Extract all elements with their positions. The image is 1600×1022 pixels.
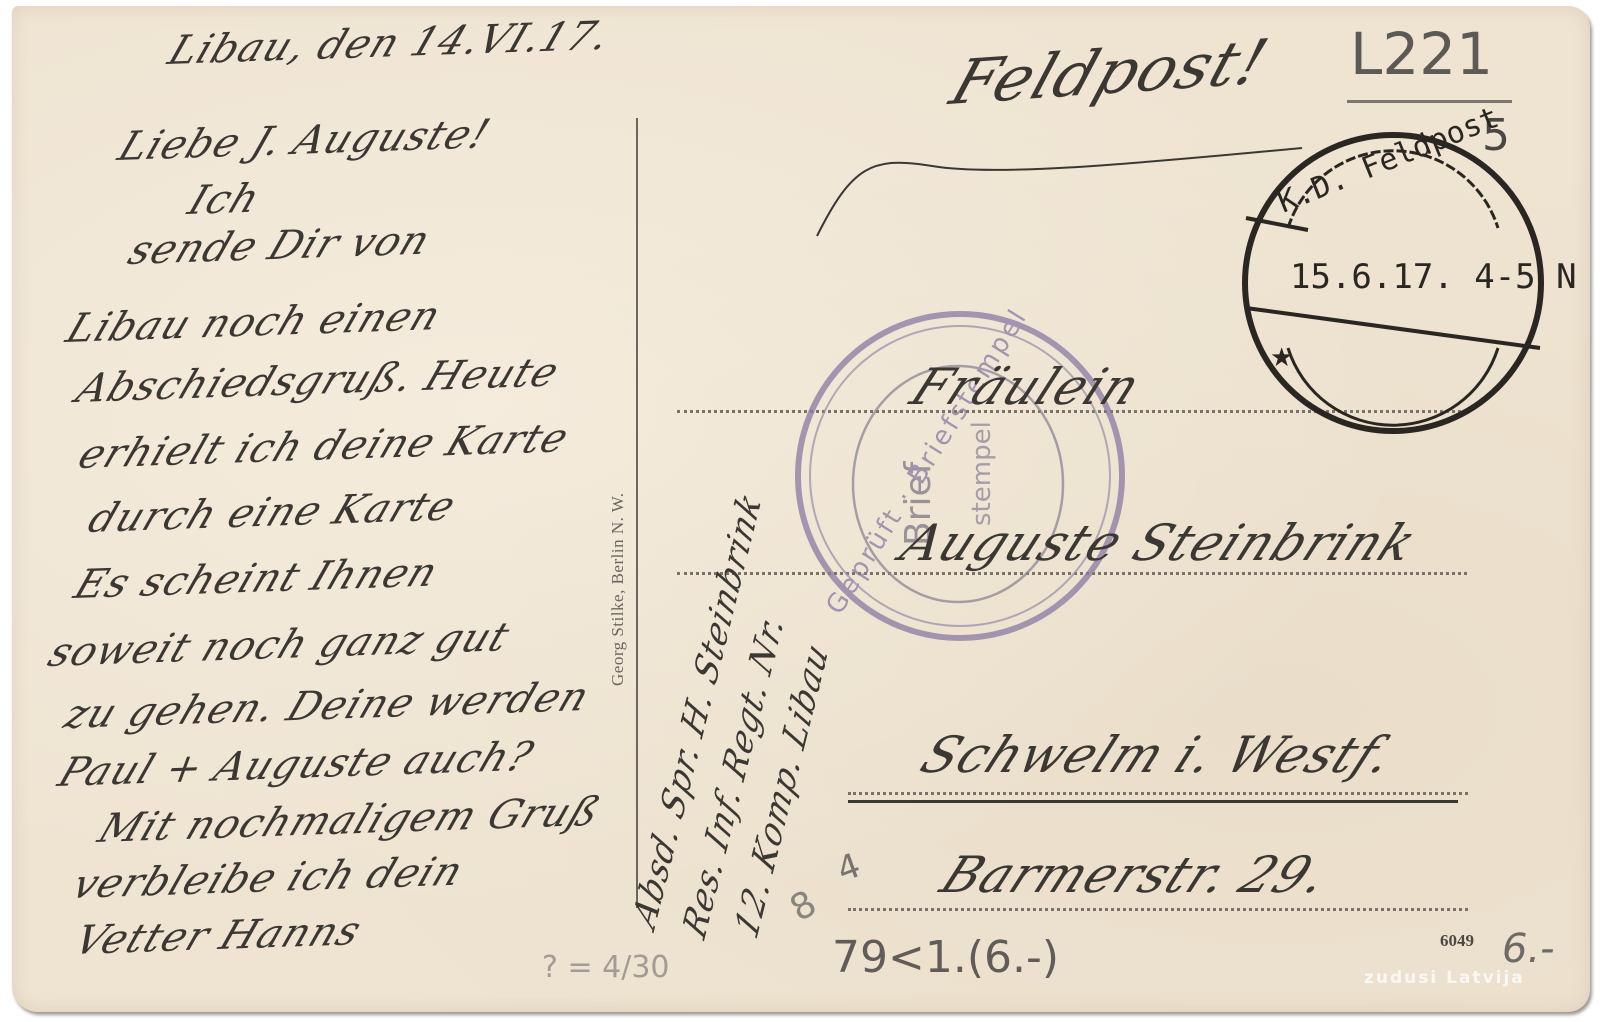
pencil-note-bottom-center: 79<1.(6.-) — [832, 932, 1059, 983]
address-name: Auguste Steinbrink — [892, 514, 1426, 572]
archive-note: L221 — [1350, 20, 1493, 88]
message-line: durch eine Karte — [82, 484, 462, 542]
address-street: Barmerstr. 29. — [932, 846, 1339, 904]
address-line-4-rule — [848, 908, 1468, 911]
pencil-mark-8: 8 — [783, 883, 823, 930]
address-underline — [848, 800, 1458, 803]
center-divider-line — [636, 118, 638, 908]
message-line: Paul + Auguste auch? — [52, 734, 540, 796]
star-icon: ★ — [1270, 343, 1293, 373]
message-header: Libau, den 14.VI.17. — [162, 13, 617, 74]
message-line: Mit nochmaligem Gruß — [92, 789, 607, 852]
address-line-3-rule — [848, 792, 1468, 795]
message-line: Abschiedsgruß. Heute — [70, 350, 566, 412]
message-line: Es scheint Ihnen — [68, 550, 445, 608]
message-line: Ich — [182, 176, 267, 224]
message-line: soweit noch ganz gut — [42, 614, 516, 676]
card-number: 6049 — [1440, 931, 1474, 951]
message-line: verbleibe ich dein — [66, 849, 470, 908]
message-line: zu gehen. Deine werden — [58, 674, 596, 738]
postcard: Georg Stilke, Berlin N. W. Libau, den 14… — [12, 6, 1590, 1012]
pencil-mark-4: 4 — [832, 846, 866, 891]
pencil-note-bottom-right: 6.- — [1502, 926, 1555, 972]
address-city: Schwelm i. Westf. — [912, 726, 1404, 784]
publisher-imprint: Georg Stilke, Berlin N. W. — [608, 492, 628, 686]
censor-center-text-2: stempel — [967, 421, 997, 526]
message-signature: Vetter Hanns — [68, 908, 368, 964]
feldpost-postmark: K.D. Feldpost 15.6.17. 4-5 N ★ — [1228, 118, 1558, 448]
pencil-note-bottom-left: ? = 4/30 — [542, 950, 670, 985]
address-salutation: Fräulein — [902, 358, 1150, 416]
message-line: erhielt ich deine Karte — [72, 415, 576, 478]
message-line: Libau noch einen — [60, 293, 448, 352]
censor-stamp: Brief stempel Geprüft · Briefstempel — [780, 286, 1160, 666]
censor-ring-text: Geprüft · Briefstempel — [820, 303, 1034, 620]
feldpost-heading: Feldpost! — [942, 25, 1278, 119]
message-line: sende Dir von — [122, 218, 437, 274]
postmark-date: 15.6.17. 4-5 N — [1290, 257, 1577, 297]
watermark: zudusi Latvija — [1364, 968, 1525, 988]
message-salutation: Liebe J. Auguste! — [112, 111, 497, 170]
